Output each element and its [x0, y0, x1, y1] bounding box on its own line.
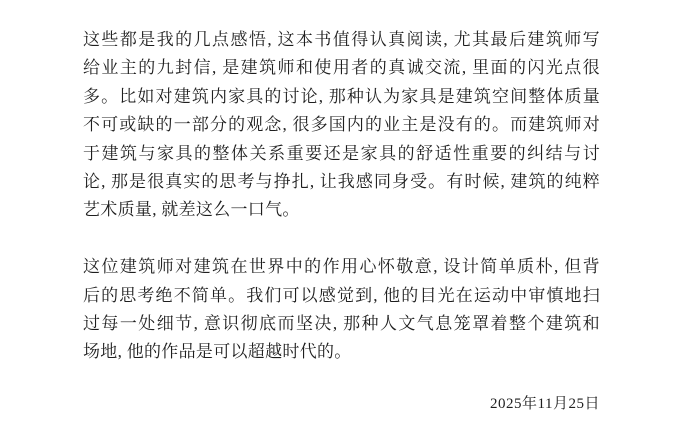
text-line: 后的思考绝不简单。我们可以感觉到, 他的目光在运动中审慎地扫	[83, 282, 600, 310]
text-line: 论, 那是很真实的思考与挣扎, 让我感同身受。有时候, 建筑的纯粹	[83, 168, 600, 196]
text-line: 艺术质量, 就差这么一口气。	[83, 196, 600, 224]
text-block: 这些都是我的几点感悟, 这本书值得认真阅读, 尤其最后建筑师写 给业主的九封信,…	[83, 26, 600, 415]
paragraph-1: 这些都是我的几点感悟, 这本书值得认真阅读, 尤其最后建筑师写 给业主的九封信,…	[83, 26, 600, 225]
text-line: 于建筑与家具的整体关系重要还是家具的舒适性重要的纠结与讨	[83, 140, 600, 168]
text-line: 这位建筑师对建筑在世界中的作用心怀敬意, 设计简单质朴, 但背	[83, 253, 600, 281]
text-line: 过每一处细节, 意识彻底而坚决, 那种人文气息笼罩着整个建筑和	[83, 310, 600, 338]
date-text: 2025年11月25日	[83, 393, 600, 415]
text-line: 场地, 他的作品是可以超越时代的。	[83, 338, 600, 366]
document-page: 这些都是我的几点感悟, 这本书值得认真阅读, 尤其最后建筑师写 给业主的九封信,…	[0, 0, 700, 432]
text-line: 不可或缺的一部分的观念, 很多国内的业主是没有的。而建筑师对	[83, 111, 600, 139]
text-line: 给业主的九封信, 是建筑师和使用者的真诚交流, 里面的闪光点很	[83, 54, 600, 82]
text-line: 多。比如对建筑内家具的讨论, 那种认为家具是建筑空间整体质量	[83, 83, 600, 111]
text-line: 这些都是我的几点感悟, 这本书值得认真阅读, 尤其最后建筑师写	[83, 26, 600, 54]
paragraph-2: 这位建筑师对建筑在世界中的作用心怀敬意, 设计简单质朴, 但背 后的思考绝不简单…	[83, 253, 600, 367]
